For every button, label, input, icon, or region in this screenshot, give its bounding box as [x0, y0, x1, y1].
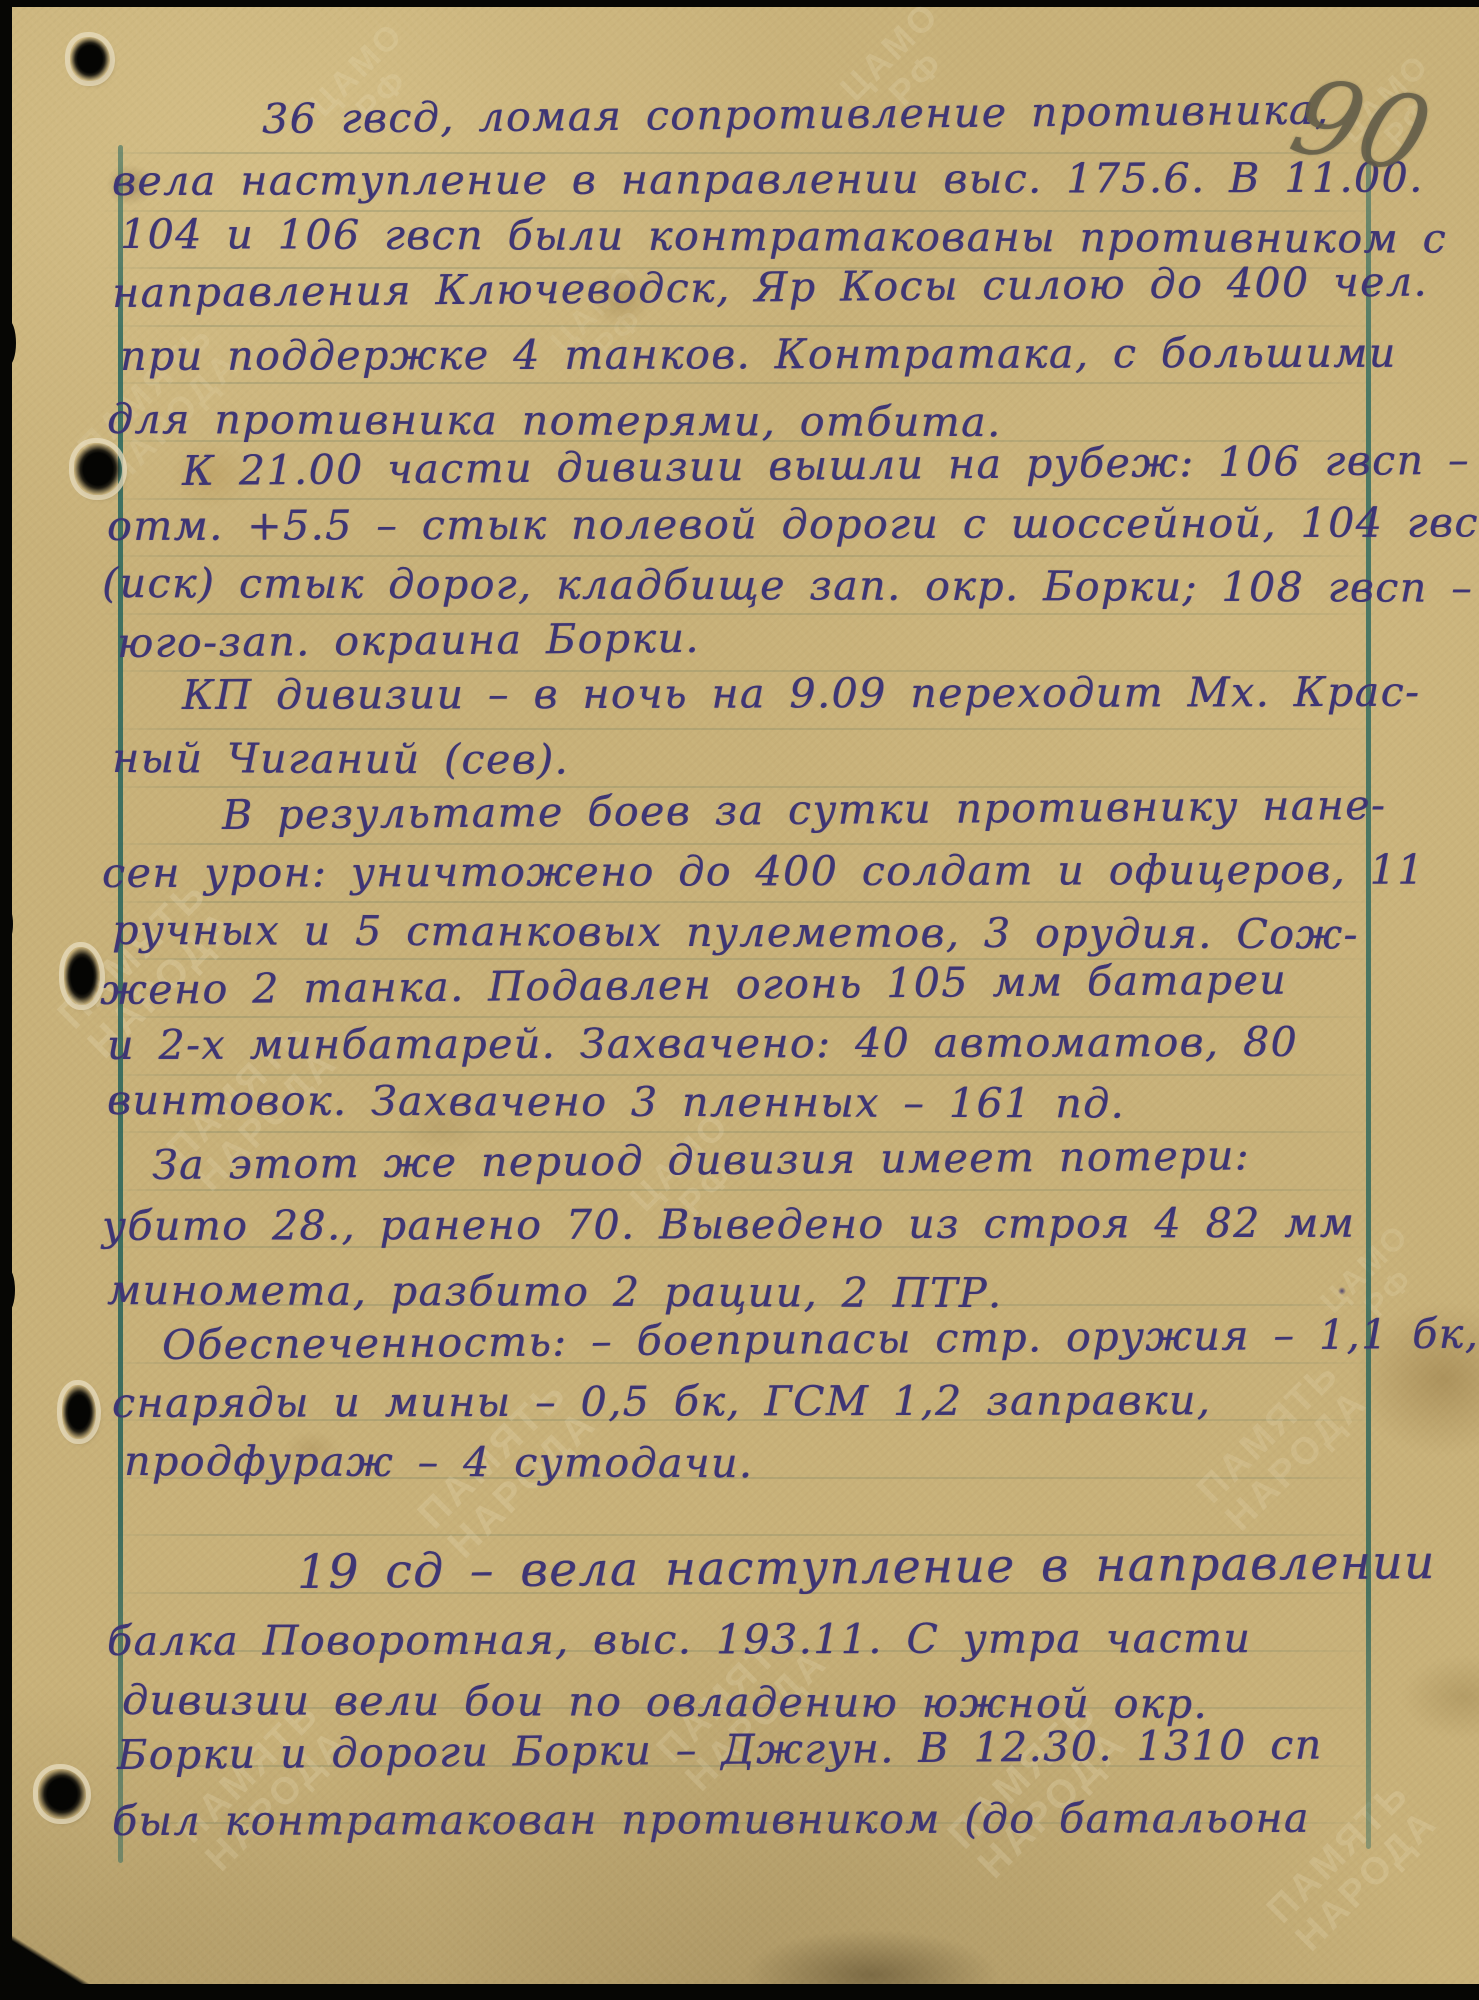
handwritten-line: ручных и 5 станковых пулеметов, 3 орудия…	[112, 906, 1359, 958]
handwritten-line: 19 сд – вела наступление в направлении	[297, 1535, 1436, 1600]
handwritten-line: Борки и дороги Борки – Джгун. В 12.30. 1…	[117, 1720, 1323, 1779]
handwritten-line: жено 2 танка. Подавлен огонь 105 мм бата…	[100, 956, 1288, 1014]
punch-hole	[64, 947, 100, 1005]
punch-hole	[74, 443, 122, 495]
handwritten-line: юго-зап. окраина Борки.	[117, 614, 700, 667]
handwritten-line: В результате боев за сутки противнику на…	[222, 781, 1387, 839]
handwritten-line: КП дивизии – в ночь на 9.09 переходит Мх…	[182, 668, 1420, 719]
paper-sheet: ЦАМО РФЦАМО РФЦАМО РФПАМЯТЬ НАРОДАПАМЯТЬ…	[12, 7, 1479, 1984]
handwritten-line: 104 и 106 гвсп были контратакованы проти…	[120, 210, 1447, 263]
handwritten-line: и 2-х минбатарей. Захвачено: 40 автомато…	[107, 1018, 1298, 1069]
handwritten-line: ный Чиганий (сев).	[112, 734, 569, 784]
handwritten-line: сен урон: уничтожено до 400 солдат и офи…	[102, 846, 1425, 897]
handwritten-line: снаряды и мины – 0,5 бк, ГСМ 1,2 заправк…	[112, 1376, 1211, 1427]
handwritten-line: при поддержке 4 танков. Контратака, с бо…	[120, 329, 1397, 380]
handwritten-line: 36 гвсд, ломая сопротивление противника,	[262, 86, 1330, 143]
document-text: 36 гвсд, ломая сопротивление противника,…	[12, 7, 1479, 1984]
punch-hole	[38, 1769, 86, 1819]
edge-nick	[0, 905, 13, 943]
handwritten-line: был контратакован противником (до баталь…	[112, 1794, 1310, 1845]
handwritten-line: К 21.00 части дивизии вышли на рубеж: 10…	[182, 436, 1470, 495]
handwritten-line: убито 28., ранено 70. Выведено из строя …	[102, 1199, 1355, 1250]
handwritten-line: Обеспеченность: – боеприпасы стр. оружия…	[162, 1310, 1479, 1369]
edge-nick	[0, 320, 16, 366]
handwritten-line: продфураж – 4 сутодачи.	[124, 1437, 754, 1487]
scanned-page: ЦАМО РФЦАМО РФЦАМО РФПАМЯТЬ НАРОДАПАМЯТЬ…	[0, 0, 1479, 2000]
handwritten-line: балка Поворотная, выс. 193.11. С утра ча…	[107, 1614, 1251, 1665]
handwritten-line: направления Ключеводск, Яр Косы силою до…	[112, 258, 1428, 317]
handwritten-line: миномета, разбито 2 рации, 2 ПТР.	[107, 1266, 1003, 1317]
handwritten-line: для противника потерями, отбита.	[107, 395, 1002, 446]
handwritten-line: (иск) стык дорог, кладбище зап. окр. Бор…	[102, 559, 1473, 612]
punch-hole	[70, 37, 110, 81]
handwritten-line: отм. +5.5 – стык полевой дороги с шоссей…	[107, 498, 1479, 550]
handwritten-line: дивизии вели бои по овладению южной окр.	[122, 1676, 1208, 1728]
edge-nick	[0, 1268, 15, 1312]
edge-nick	[0, 1690, 12, 1724]
torn-corner	[0, 1930, 120, 2000]
handwritten-line: За этот же период дивизия имеет потери:	[152, 1131, 1250, 1189]
punch-hole	[62, 1385, 96, 1439]
handwritten-line: винтовок. Захвачено 3 пленных – 161 пд.	[107, 1076, 1125, 1128]
handwritten-line: вела наступление в направлении выс. 175.…	[112, 154, 1424, 205]
